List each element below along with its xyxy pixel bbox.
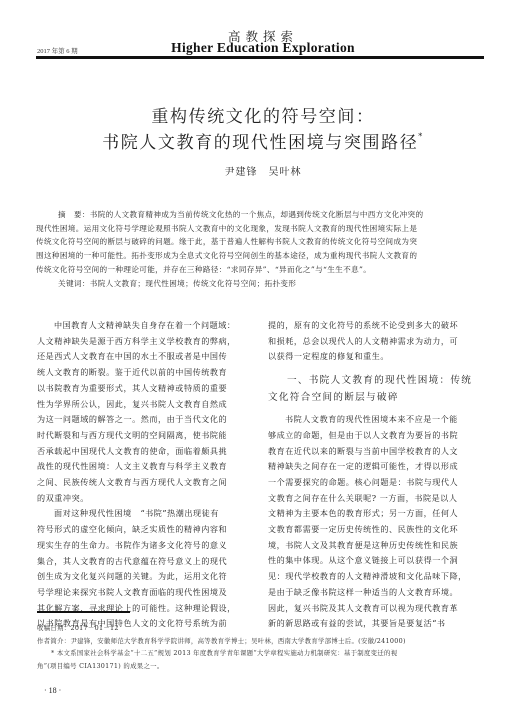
received-date: 收稿日期：2017－01－12 (37, 622, 497, 635)
text-line: 文精神为主要本色的教育形式；另一方面，任何人 (268, 506, 490, 522)
article-title-line2: 书院人文教育的现代性困境与突围路径* (0, 128, 526, 153)
text-line: 以获得一定程度的修复和重生。 (268, 349, 490, 365)
text-line: 见：现代学校教育的人文精神滑坡和文化品味下降， (268, 569, 490, 585)
text-line: 境，书院人文及其教育便是这种历史传统性和民族 (268, 538, 490, 554)
page-number: · 18 · (44, 686, 61, 695)
footnote-rule (37, 611, 130, 613)
text-line: 其化解方案，寻求理论上的可能性。这种理论假设， (37, 601, 259, 617)
abstract-line: 现代性困境。运用文化符号学理论观照书院人文教育中的文化现象，发现书院人文教育的现… (36, 222, 488, 236)
text-line: 还是西式人文教育在中国的水土不服或者是中国传 (37, 349, 259, 365)
authors: 尹建锋 吴叶林 (0, 163, 526, 178)
paragraph: 面对这种现代性困境 “书院”热潮出现徒有 符号形式的虚空化倾向，缺乏实质性的精神… (37, 506, 259, 632)
funding-note-cont: 角”(项目编号 CIA130171) 的成果之一。 (37, 660, 497, 673)
text-line: 创生成为文化复兴问题的关键。为此，运用文化符 (37, 569, 259, 585)
abstract-line: 摘 要：书院的人文教育精神成为当前传统文化热的一个焦点，却遇到传统文化断层与中西… (36, 208, 488, 222)
keywords: 关键词：书院人文教育；现代性困境；传统文化符号空间；拓扑变形 (36, 277, 488, 291)
text-line: 现实生存的生命力。书院作为诸多文化符号的意义 (37, 538, 259, 554)
body-right-column: 提的，原有的文化符号的系统不论受到多大的破坏 和损耗，总会以现代人的人文精神需求… (268, 318, 490, 632)
issue-label: 2017 年第 6 期 (37, 46, 78, 55)
text-line: 书院人文教育的现代性困境本来不应是一个能 (268, 412, 490, 428)
text-line: 性为学界所公认，因此，复兴书院人文教育自然成 (37, 397, 259, 413)
text-line: 中国教育人文精神缺失自身存在着一个问题域： (37, 318, 259, 334)
body-left-column: 中国教育人文精神缺失自身存在着一个问题域： 人文精神缺失是源于西方科学主义学校教… (37, 318, 259, 632)
text-line: 性的集中体现。从这个意义链接上可以获得一个洞 (268, 553, 490, 569)
text-line: 战性的现代性困境：人文主义教育与科学主义教育 (37, 459, 259, 475)
text-line: 之间、民族传统人文教育与西方现代人文教育之间 (37, 475, 259, 491)
abstract-line: 围这种困境的一种可能性。拓扑变形成为全息式文化符号空间创生的基本途径，成为重构现… (36, 249, 488, 263)
journal-title-english: Higher Education Exploration (0, 40, 526, 56)
section-heading-line: 文化符合空间的断层与破碎 (268, 389, 490, 406)
paragraph: 中国教育人文精神缺失自身存在着一个问题域： 人文精神缺失是源于西方科学主义学校教… (37, 318, 259, 506)
text-line: 否承载起中国现代人文教育的使命，面临着颇具挑 (37, 444, 259, 460)
text-line: 和损耗，总会以现代人的人文精神需求为动力，可 (268, 334, 490, 350)
text-line: 精神缺失之间存在一定的逻辑可能性，才得以形成 (268, 459, 490, 475)
text-line: 一个需要探究的命题。核心问题是：书院与现代人 (268, 475, 490, 491)
footnotes: 收稿日期：2017－01－12 作者简介：尹建锋，安徽师范大学教育科学学院讲师，… (37, 622, 497, 672)
text-line: 面对这种现代性困境 “书院”热潮出现徒有 (37, 506, 259, 522)
abstract-line: 传统文化符号空间的一种理论可能，并存在三种路径：“求同存异”、“异而化之”与“生… (36, 263, 488, 277)
header-rule (36, 56, 484, 59)
text-line: 因此，复兴书院及其人文教育可以视为现代教育革 (268, 601, 490, 617)
text-line: 时代断裂和与西方现代文明的空间隔离，使书院能 (37, 428, 259, 444)
section-heading: 一、书院人文教育的现代性困境：传统 文化符合空间的断层与破碎 (268, 372, 490, 406)
text-line: 文教育都需要一定历史传统性的、民族性的文化环 (268, 522, 490, 538)
text-line: 是由于缺乏像书院这样一种适当的人文教育环境。 (268, 585, 490, 601)
abstract-line: 传统文化符号空间的断层与破碎的问题。缘于此，基于普遍人性解构书院人文教育的传统文… (36, 235, 488, 249)
text-line: 以书院教育为重要形式，其人文精神或特质的重要 (37, 381, 259, 397)
text-line: 号学理论来探究书院人文教育面临的现代性困境及 (37, 585, 259, 601)
text-line: 的双重冲突。 (37, 491, 259, 507)
text-line: 教育在近代以来的断裂与当前中国学校教育的人文 (268, 444, 490, 460)
section-heading-line: 一、书院人文教育的现代性困境：传统 (268, 372, 490, 389)
text-line: 文教育之间存在什么关联呢? 一方面，书院是以人 (268, 491, 490, 507)
text-line: 为这一问题域的解答之一。然而，由于当代文化的 (37, 412, 259, 428)
text-line: 人文精神缺失是源于西方科学主义学校教育的弊病， (37, 334, 259, 350)
article-title-line2-text: 书院人文教育的现代性困境与突围路径 (102, 133, 418, 153)
paragraph: 书院人文教育的现代性困境本来不应是一个能 够成立的命题，但是由于以人文教育为要旨… (268, 412, 490, 632)
paragraph: 提的，原有的文化符号的系统不论受到多大的破坏 和损耗，总会以现代人的人文精神需求… (268, 318, 490, 365)
title-footnote-mark: * (418, 132, 424, 141)
text-line: 符号形式的虚空化倾向，缺乏实质性的精神内容和 (37, 522, 259, 538)
funding-note: * 本文系国家社会科学基金“十二五”规划 2013 年度教育学青年课题“大学章程… (37, 647, 497, 660)
text-line: 集合，其人文教育的古代意蕴在符号意义上的现代 (37, 554, 259, 570)
article-title-line1: 重构传统文化的符号空间： (0, 102, 526, 127)
text-line: 提的，原有的文化符号的系统不论受到多大的破坏 (268, 318, 490, 334)
author-bio: 作者简介：尹建锋，安徽师范大学教育科学学院讲师，高等教育学博士；吴叶林，西南大学… (37, 635, 497, 648)
abstract: 摘 要：书院的人文教育精神成为当前传统文化热的一个焦点，却遇到传统文化断层与中西… (36, 208, 488, 290)
text-line: 统人文教育的断裂。鉴于近代以前的中国传统教育 (37, 365, 259, 381)
text-line: 够成立的命题，但是由于以人文教育为要旨的书院 (268, 428, 490, 444)
